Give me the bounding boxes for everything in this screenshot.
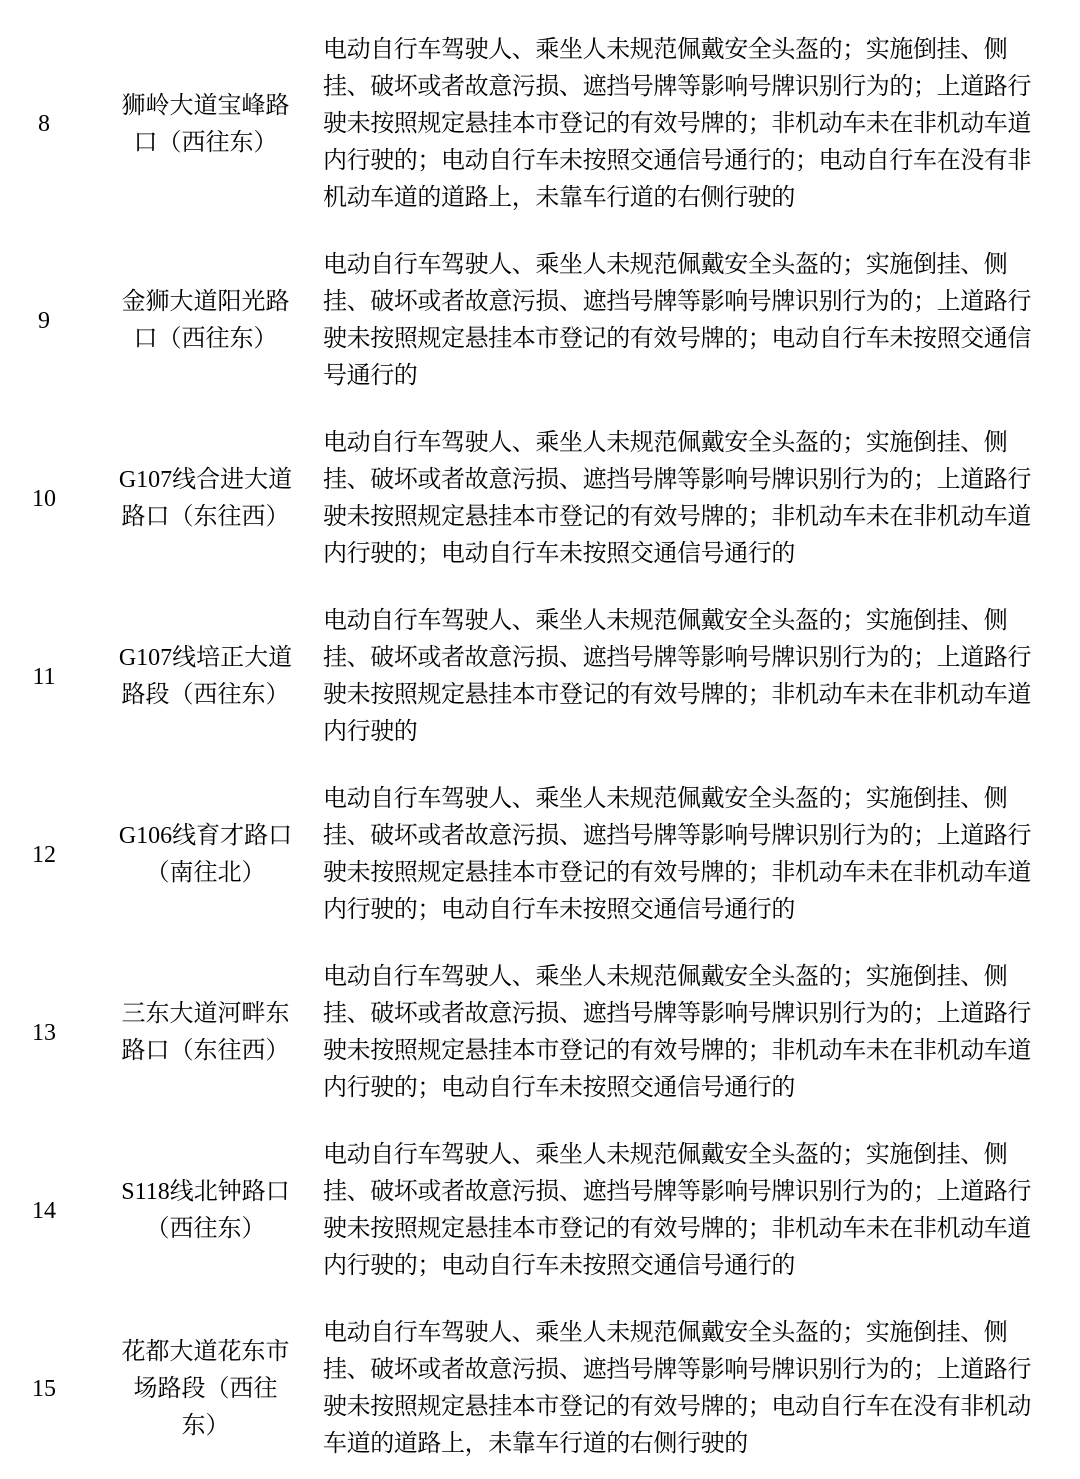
row-number: 15: [0, 1371, 88, 1408]
location-cell: 三东大道河畔东 路口（东往西）: [88, 996, 323, 1070]
table-row: 9 金狮大道阳光路 口（西往东） 电动自行车驾驶人、乘坐人未规范佩戴安全头盔的；…: [0, 232, 1080, 410]
violation-cell: 电动自行车驾驶人、乘坐人未规范佩戴安全头盔的；实施倒挂、侧 挂、破坏或者故意污损…: [323, 32, 1035, 217]
violation-cell: 电动自行车驾驶人、乘坐人未规范佩戴安全头盔的；实施倒挂、侧 挂、破坏或者故意污损…: [323, 425, 1035, 573]
location-cell: 金狮大道阳光路 口（西往东）: [88, 284, 323, 358]
violation-cell: 电动自行车驾驶人、乘坐人未规范佩戴安全头盔的；实施倒挂、侧 挂、破坏或者故意污损…: [323, 1137, 1035, 1285]
location-cell: G107线培正大道 路段（西往东）: [88, 640, 323, 714]
violation-cell: 电动自行车驾驶人、乘坐人未规范佩戴安全头盔的；实施倒挂、侧 挂、破坏或者故意污损…: [323, 959, 1035, 1107]
table-row: 14 S118线北钟路口 （西往东） 电动自行车驾驶人、乘坐人未规范佩戴安全头盔…: [0, 1122, 1080, 1300]
row-number: 8: [0, 106, 88, 143]
table-row: 12 G106线育才路口 （南往北） 电动自行车驾驶人、乘坐人未规范佩戴安全头盔…: [0, 766, 1080, 944]
location-cell: 狮岭大道宝峰路 口（西往东）: [88, 88, 323, 162]
row-number: 10: [0, 481, 88, 518]
table-row: 13 三东大道河畔东 路口（东往西） 电动自行车驾驶人、乘坐人未规范佩戴安全头盔…: [0, 944, 1080, 1122]
row-number: 13: [0, 1015, 88, 1052]
violation-cell: 电动自行车驾驶人、乘坐人未规范佩戴安全头盔的；实施倒挂、侧 挂、破坏或者故意污损…: [323, 247, 1035, 395]
violation-locations-table: 8 狮岭大道宝峰路 口（西往东） 电动自行车驾驶人、乘坐人未规范佩戴安全头盔的；…: [0, 0, 1080, 1479]
location-cell: 花都大道花东市 场路段（西往 东）: [88, 1334, 323, 1445]
row-number: 14: [0, 1193, 88, 1230]
table-row: 11 G107线培正大道 路段（西往东） 电动自行车驾驶人、乘坐人未规范佩戴安全…: [0, 588, 1080, 766]
location-cell: G107线合进大道 路口（东往西）: [88, 462, 323, 536]
row-number: 12: [0, 837, 88, 874]
table-row: 10 G107线合进大道 路口（东往西） 电动自行车驾驶人、乘坐人未规范佩戴安全…: [0, 410, 1080, 588]
location-cell: G106线育才路口 （南往北）: [88, 818, 323, 892]
table-row: 15 花都大道花东市 场路段（西往 东） 电动自行车驾驶人、乘坐人未规范佩戴安全…: [0, 1300, 1080, 1478]
row-number: 9: [0, 303, 88, 340]
location-cell: S118线北钟路口 （西往东）: [88, 1174, 323, 1248]
violation-cell: 电动自行车驾驶人、乘坐人未规范佩戴安全头盔的；实施倒挂、侧 挂、破坏或者故意污损…: [323, 1315, 1035, 1463]
row-number: 11: [0, 659, 88, 696]
table-row: 8 狮岭大道宝峰路 口（西往东） 电动自行车驾驶人、乘坐人未规范佩戴安全头盔的；…: [0, 17, 1080, 232]
violation-cell: 电动自行车驾驶人、乘坐人未规范佩戴安全头盔的；实施倒挂、侧 挂、破坏或者故意污损…: [323, 781, 1035, 929]
violation-cell: 电动自行车驾驶人、乘坐人未规范佩戴安全头盔的；实施倒挂、侧 挂、破坏或者故意污损…: [323, 603, 1035, 751]
